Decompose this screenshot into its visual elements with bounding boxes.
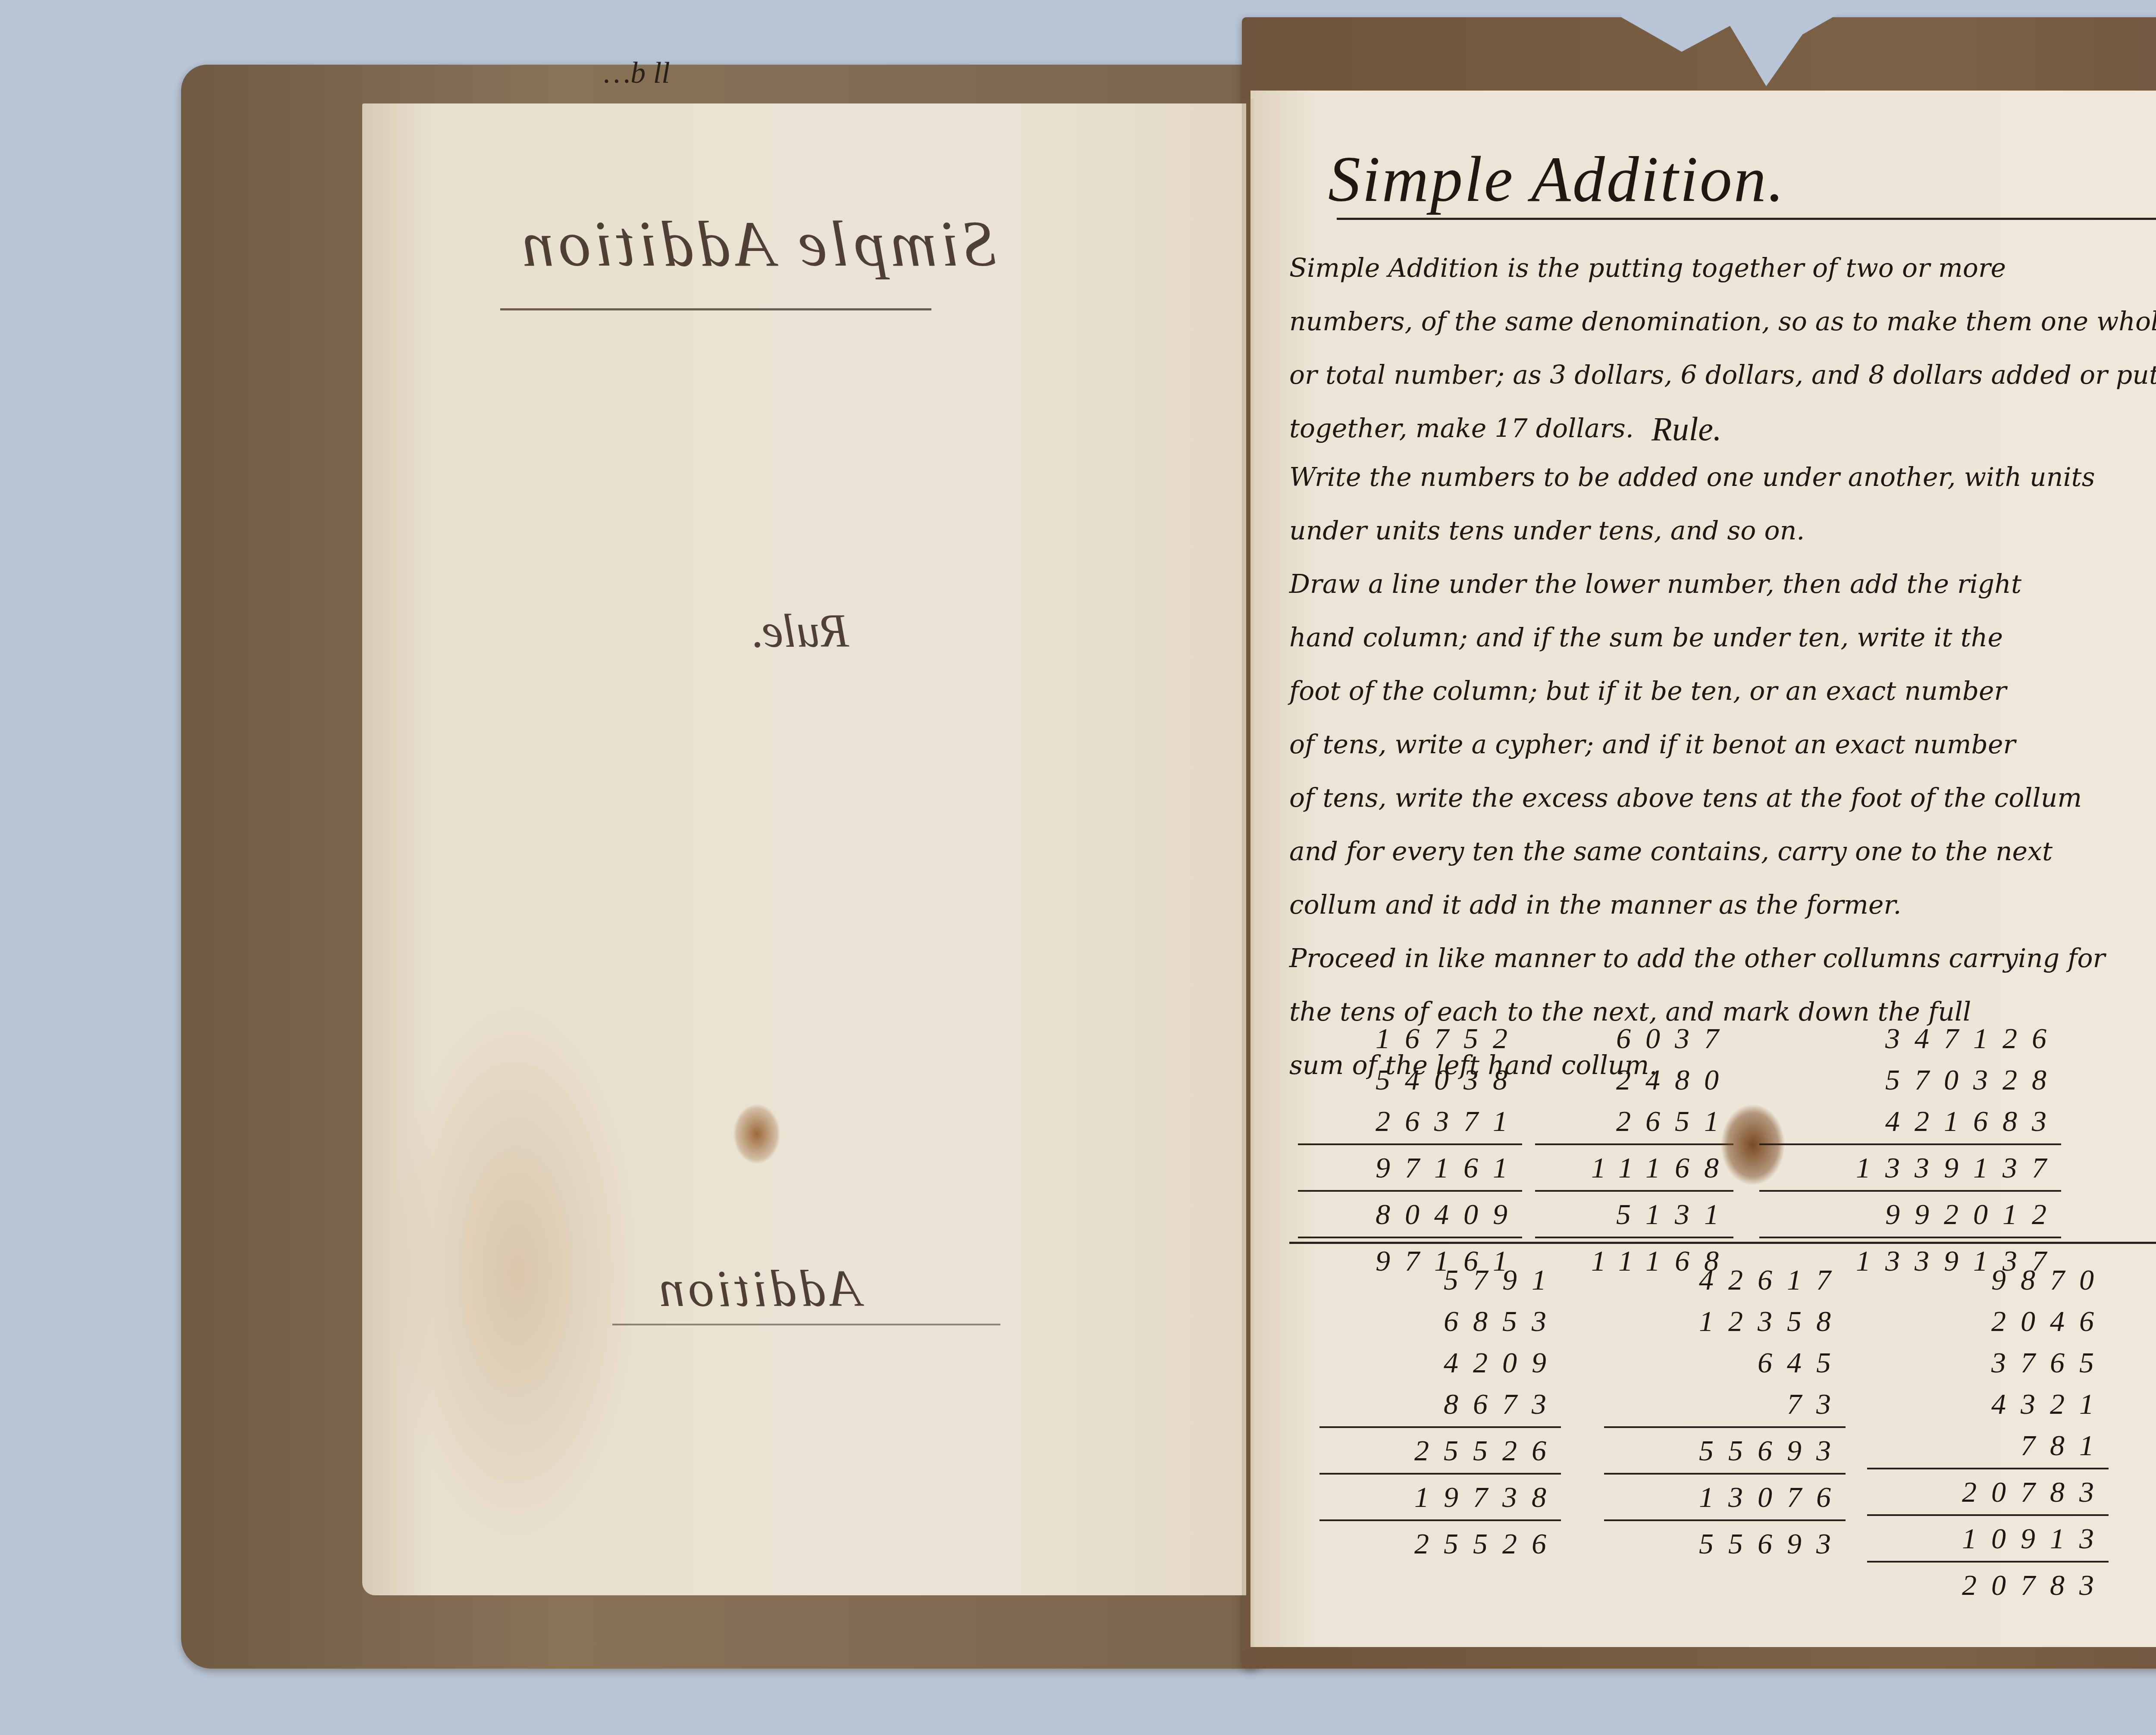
title-underline <box>1337 218 2156 220</box>
addend: 781 <box>1867 1425 2109 1466</box>
addend: 73 <box>1604 1383 1846 1425</box>
addend: 5791 <box>1319 1259 1561 1300</box>
sum-line <box>1759 1143 2061 1145</box>
sum-line <box>1604 1426 1846 1428</box>
addend: 2651 <box>1535 1100 1733 1142</box>
mirrored-addition-offset: Addition <box>655 1259 861 1318</box>
definition-line: Simple Addition is the putting together … <box>1289 241 2156 295</box>
sum-line <box>1867 1468 2109 1469</box>
addition-example-4: 5791 6853 4209 8673 25526 19738 25526 <box>1319 1259 1561 1564</box>
rule-line: and for every ten the same contains, car… <box>1289 825 2156 878</box>
addend: 3765 <box>1867 1342 2109 1383</box>
rule-line: Write the numbers to be added one under … <box>1289 451 2156 504</box>
sum-line <box>1535 1190 1733 1192</box>
rule-line: Draw a line under the lower number, then… <box>1289 557 2156 611</box>
proof-partial: 19738 <box>1319 1476 1561 1518</box>
rule-heading: Rule. <box>1651 410 1721 448</box>
section-divider <box>1289 1242 2156 1244</box>
addend: 6037 <box>1535 1018 1733 1059</box>
addend: 42617 <box>1604 1259 1846 1300</box>
rule-line: collum and it add in the manner as the f… <box>1289 878 2156 932</box>
sum-line <box>1604 1473 1846 1475</box>
addend: 8673 <box>1319 1383 1561 1425</box>
sum-line <box>1319 1519 1561 1521</box>
page-title: Simple Addition. <box>1328 142 1786 216</box>
addend: 2046 <box>1867 1300 2109 1342</box>
sum-line <box>1867 1514 2109 1516</box>
definition-line: together, make 17 dollars. <box>1289 402 2156 455</box>
sum: 11168 <box>1535 1147 1733 1188</box>
rule-line: foot of the column; but if it be ten, or… <box>1289 664 2156 718</box>
ink-stain-left <box>733 1104 780 1164</box>
water-stain <box>388 992 647 1552</box>
sum: 1339137 <box>1759 1147 2061 1188</box>
sum-line <box>1604 1519 1846 1521</box>
addend: 4209 <box>1319 1342 1561 1383</box>
definition-line: or total number; as 3 dollars, 6 dollars… <box>1289 348 2156 402</box>
sum: 20783 <box>1867 1471 2109 1513</box>
rule-line: under units tens under tens, and so on. <box>1289 504 2156 557</box>
proof-total: 20783 <box>1867 1564 2109 1606</box>
rule-line: hand column; and if the sum be under ten… <box>1289 611 2156 664</box>
addend: 4321 <box>1867 1383 2109 1425</box>
proof-partial: 5131 <box>1535 1193 1733 1235</box>
sum-line <box>1535 1237 1733 1238</box>
sum-line <box>1298 1143 1522 1145</box>
addend: 12358 <box>1604 1300 1846 1342</box>
sum-line <box>1298 1190 1522 1192</box>
rule-line: of tens, write the excess above tens at … <box>1289 771 2156 825</box>
addend: 2480 <box>1535 1059 1733 1100</box>
addend: 54038 <box>1298 1059 1522 1100</box>
sum-line <box>1867 1561 2109 1563</box>
sum-line <box>1759 1237 2061 1238</box>
addend: 645 <box>1604 1342 1846 1383</box>
sum-line <box>1319 1473 1561 1475</box>
addition-example-6: 9870 2046 3765 4321 781 20783 10913 2078… <box>1867 1259 2109 1606</box>
addend: 16752 <box>1298 1018 1522 1059</box>
rule-line: of tens, write a cypher; and if it benot… <box>1289 718 2156 771</box>
sum: 25526 <box>1319 1430 1561 1471</box>
proof-partial: 10913 <box>1867 1518 2109 1559</box>
rule-paragraph: Write the numbers to be added one under … <box>1289 451 2156 1092</box>
sum-line <box>1759 1190 2061 1192</box>
mirrored-title-rule <box>500 308 931 310</box>
proof-partial: 992012 <box>1759 1193 2061 1235</box>
addend: 421683 <box>1759 1100 2061 1142</box>
mirrored-bottom-rule <box>612 1324 1000 1325</box>
definition-paragraph: Simple Addition is the putting together … <box>1289 241 2156 455</box>
sum: 97161 <box>1298 1147 1522 1188</box>
book-gutter <box>1242 99 1254 1651</box>
proof-total: 55693 <box>1604 1523 1846 1564</box>
mirrored-title-offset: Simple Addition <box>517 207 996 281</box>
addend: 9870 <box>1867 1259 2109 1300</box>
sum-line <box>1535 1143 1733 1145</box>
proof-partial: 80409 <box>1298 1193 1522 1235</box>
addition-example-5: 42617 12358 645 73 55693 13076 55693 <box>1604 1259 1846 1564</box>
addend: 570328 <box>1759 1059 2061 1100</box>
cover-scrawl: …b ll <box>604 56 670 91</box>
definition-line: numbers, of the same denomination, so as… <box>1289 295 2156 348</box>
addend: 6853 <box>1319 1300 1561 1342</box>
addend: 347126 <box>1759 1018 2061 1059</box>
proof-total: 25526 <box>1319 1523 1561 1564</box>
rule-line: Proceed in like manner to add the other … <box>1289 932 2156 985</box>
sum-line <box>1298 1237 1522 1238</box>
addend: 26371 <box>1298 1100 1522 1142</box>
proof-partial: 13076 <box>1604 1476 1846 1518</box>
mirrored-rule-offset: Rule. <box>750 604 849 658</box>
sum: 55693 <box>1604 1430 1846 1471</box>
sum-line <box>1319 1426 1561 1428</box>
